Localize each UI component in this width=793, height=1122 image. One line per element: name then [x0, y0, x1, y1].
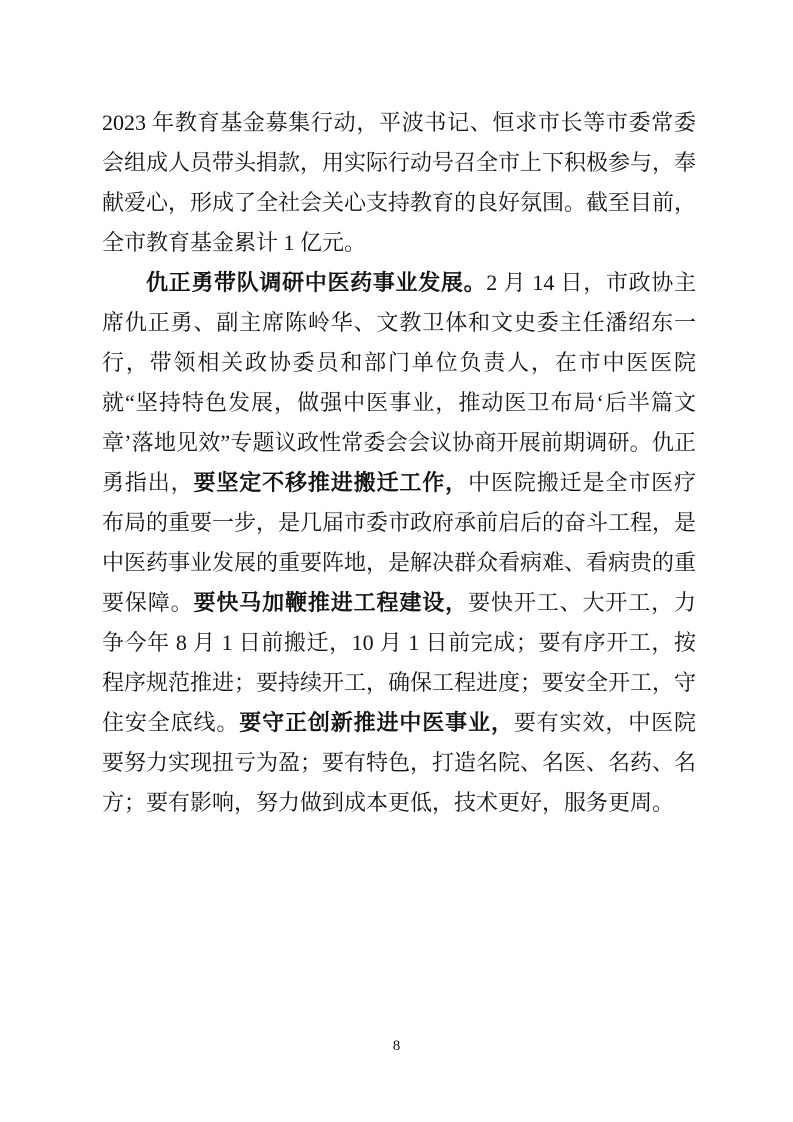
text-run: 2 月 14 日，市政协主席仇正勇、副主席陈岭华、文教卫体和文史委主任潘绍东一行… [102, 270, 696, 495]
text-run-bold: 要快马加鞭推进工程建设， [194, 590, 469, 615]
document-page: 2023 年教育基金募集行动，平波书记、恒求市长等市委常委会组成人员带头捐款，用… [0, 0, 793, 1122]
document-body: 2023 年教育基金募集行动，平波书记、恒求市长等市委常委会组成人员带头捐款，用… [102, 103, 696, 823]
page-number: 8 [0, 1036, 793, 1056]
text-run-bold: 要守正创新推进中医事业， [239, 710, 514, 735]
paragraph-education-fund: 2023 年教育基金募集行动，平波书记、恒求市长等市委常委会组成人员带头捐款，用… [102, 103, 696, 263]
text-run-bold: 要坚定不移推进搬迁工作， [194, 470, 469, 495]
text-run: 2023 年教育基金募集行动，平波书记、恒求市长等市委常委会组成人员带头捐款，用… [102, 110, 696, 255]
text-run-bold-heading: 仇正勇带队调研中医药事业发展。 [146, 270, 486, 295]
paragraph-tcm-research: 仇正勇带队调研中医药事业发展。2 月 14 日，市政协主席仇正勇、副主席陈岭华、… [102, 263, 696, 823]
